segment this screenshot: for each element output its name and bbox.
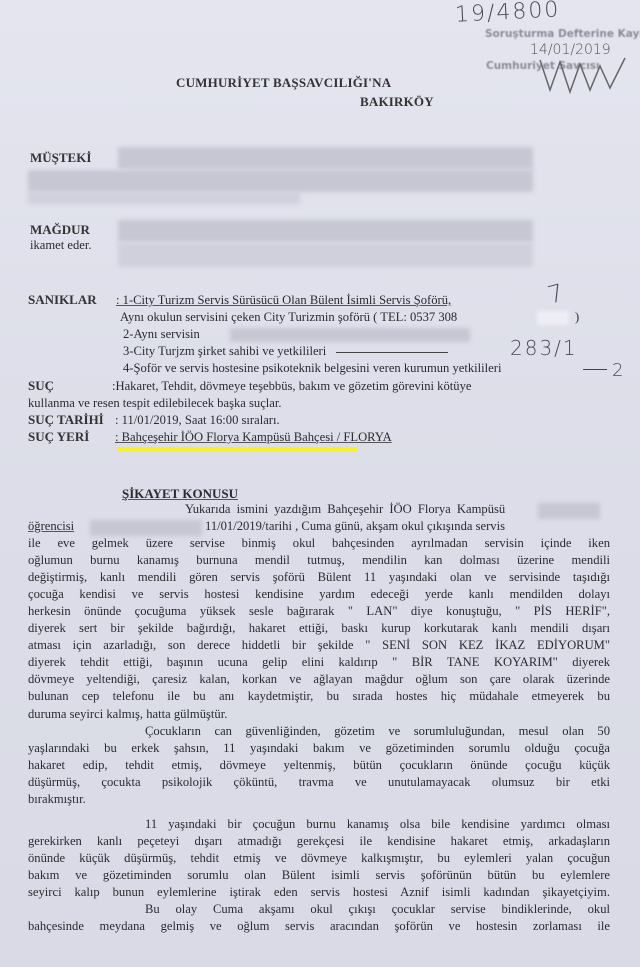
redacted-suspect-2 xyxy=(230,328,470,342)
stamp-registry-text: Soruşturma Defterine Kayıt xyxy=(485,28,640,40)
addressee-title: CUMHURİYET BAŞSAVCILIĞI'NA xyxy=(176,75,391,91)
complaint-line: atması için azarladığı, son derece hidde… xyxy=(28,638,610,653)
phone-close-paren: ) xyxy=(575,310,579,325)
suspect-2: 2-Aynı servisin xyxy=(123,327,200,342)
complaint-line-1: Yukarıda ismini yazdığım Bahçeşehir İÖO … xyxy=(185,502,505,517)
victim-residence: ikamet eder. xyxy=(30,238,92,253)
complaint-line: bulunan cep telefonu ile bu anı kaydetmi… xyxy=(28,689,610,704)
crime-text: :Hakaret, Tehdit, dövmeye teşebbüs, bakı… xyxy=(112,379,471,394)
complaint-line-2a: öğrencisi xyxy=(28,519,74,534)
suspect-1-detail: Aynı okulun servisini çeken City Turizmi… xyxy=(120,310,457,325)
complaint-line: hakaret edip, tehdit etmiş, dövmeye yelt… xyxy=(28,758,610,773)
complaint-line: oğlumun burnu kanamış burnuna mendil tut… xyxy=(28,553,610,568)
complaint-line: gerekirken kanlı peçeteyi dışarı atmadığ… xyxy=(28,834,610,849)
redacted-complainant xyxy=(118,147,533,169)
scanned-document-page: 19/4800 Soruşturma Defterine Kayıt 14/01… xyxy=(0,0,640,967)
complaint-line: bakım ve gözetiminden sorumlu olan Bülen… xyxy=(28,868,610,883)
complaint-line: düşürmüş, çocukta psikolojik çöküntü, tr… xyxy=(28,775,610,790)
complaint-line: bahçesinde meydana gelmiş ve oğlum servi… xyxy=(28,919,610,934)
victim-label: MAĞDUR xyxy=(30,222,90,238)
complaint-line: herkesin önünde çocuğuma yüksek sesle ba… xyxy=(28,604,610,619)
redacted-phone xyxy=(537,311,569,325)
complaint-line: diyerek tehdit ettiği, başının ucuna gel… xyxy=(28,655,610,670)
complaint-line: çocuğa kendisi ve servis hostesi kendisi… xyxy=(28,587,610,602)
redacted-complainant-address-2 xyxy=(28,192,300,204)
redacted-student-grade xyxy=(538,503,600,519)
suspect-3-rule xyxy=(336,352,448,353)
suspect-4: 4-Şoför ve servis hostesine psikoteknik … xyxy=(123,361,501,376)
complaint-line: diyerek sert bir şekilde bağırdığı, haka… xyxy=(28,621,610,636)
suspect-1: : 1-City Turizm Servis Sürüsücü Olan Bül… xyxy=(116,293,451,308)
complaint-line: değiştirmiş, kanlı mendili gören servis … xyxy=(28,570,610,585)
complaint-line: duruma seyirci kalmış, hatta gülmüştür. xyxy=(28,707,610,722)
redacted-victim xyxy=(118,220,533,242)
crime-date-label: SUÇ TARİHİ xyxy=(28,412,104,428)
redacted-complainant-address xyxy=(28,170,533,192)
complainant-label: MÜŞTEKİ xyxy=(30,150,91,166)
handwritten-2: 2 xyxy=(612,360,623,381)
suspect-4-rule xyxy=(583,369,607,370)
complaint-line: 11 yaşındaki bir çocuğun burnu kanamış o… xyxy=(145,817,610,832)
complaint-line: seyirci kalıp bunun eylemlerine iştirak … xyxy=(28,885,610,900)
signature-scribble-icon xyxy=(535,50,635,100)
yellow-highlight-mark xyxy=(117,447,357,451)
complaint-line: bırakmıştır. xyxy=(28,792,610,807)
crime-place-label: SUÇ YERİ xyxy=(28,429,89,445)
complaint-line: yaşlarındaki bu erkek şahsın, 11 yaşında… xyxy=(28,741,610,756)
redacted-student-name xyxy=(90,520,202,536)
complaint-line: Bu olay Cuma akşamı okul çıkışı çocuklar… xyxy=(145,902,610,917)
complaint-line: ile eve gelmek üzere servise binmiş okul… xyxy=(28,536,610,551)
suspects-label: SANIKLAR xyxy=(28,292,97,308)
crime-label: SUÇ xyxy=(28,378,54,394)
redacted-victim-address xyxy=(118,243,533,267)
complaint-line: dövmeye yeltendiği, çaresiz kalan, korka… xyxy=(28,672,610,687)
complaint-line: önünde küçük düşürmüş, tehdit etmiş ve d… xyxy=(28,851,610,866)
crime-text-continued: kullanma ve resen tespit edilebilecek ba… xyxy=(28,396,282,411)
crime-place: : Bahçeşehir İÖO Florya Kampüsü Bahçesi … xyxy=(115,430,392,445)
complaint-title: ŞİKAYET KONUSU xyxy=(122,486,238,502)
handwritten-mark-7: 7 xyxy=(545,278,567,309)
complaint-line: Çocukların can güvenliğinden, gözetim ve… xyxy=(145,724,610,739)
handwritten-file-number: 19/4800 xyxy=(454,0,561,28)
crime-date: : 11/01/2019, Saat 16:00 sıraları. xyxy=(115,413,280,428)
handwritten-283: 283/1 xyxy=(510,336,578,360)
complaint-line-2b: 11/01/2019/tarihi , Cuma günü, akşam oku… xyxy=(205,519,505,534)
addressee-city: BAKIRKÖY xyxy=(360,94,434,110)
suspect-3: 3-City Turjzm şirket sahibi ve yetkilile… xyxy=(123,344,326,359)
